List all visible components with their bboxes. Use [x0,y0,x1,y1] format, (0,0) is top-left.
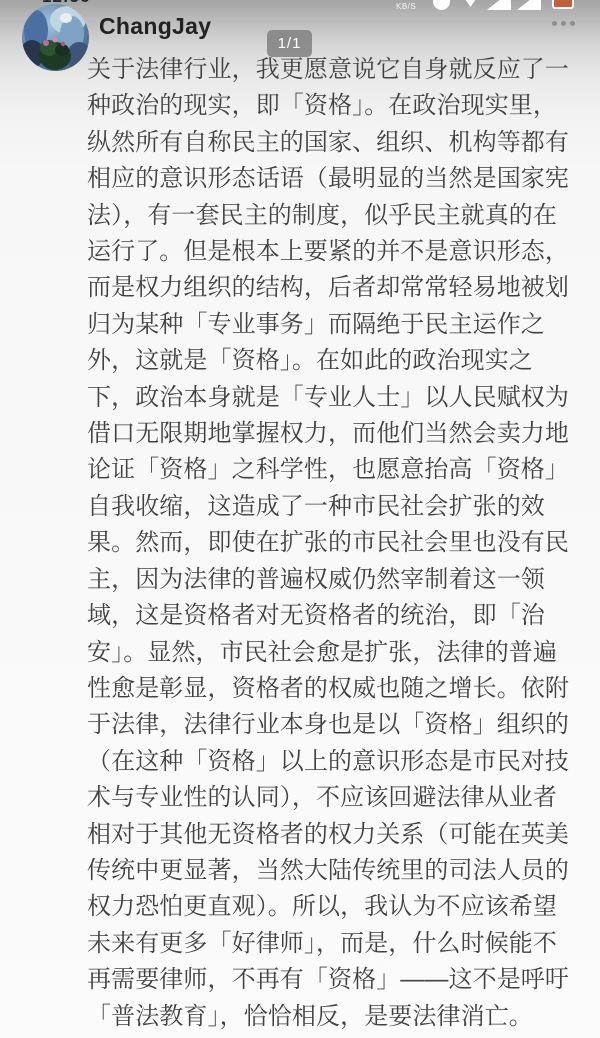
post-text-line: 自我收缩，这造成了一种市民社会扩张的效 [87,489,579,525]
post-text-line: 域，这是资格者对无资格者的统治，即「治 [87,598,579,634]
post-text-line: 于法律，法律行业本身也是以「资格」组织的 [87,707,579,743]
avatar[interactable] [22,4,89,71]
post-text-line: 下，政治本身就是「专业人士」以人民赋权为 [87,380,579,416]
post-text-line: 安」。显然，市民社会愈是扩张，法律的普遍 [87,635,579,671]
post-text-line: 术与专业性的认同），不应该回避法律从业者 [87,780,579,816]
post-text-line: 权力恐怕更直观）。所以，我认为不应该希望 [87,889,579,925]
more-options-button[interactable] [552,21,575,26]
dot-icon [570,21,575,26]
battery-icon [552,0,574,9]
post-text-line: 纵然所有自称民主的国家、组织、机构等都有 [87,125,579,161]
status-bar: 12:56 KB/S [0,0,600,14]
post-text-line: 归为某种「专业事务」而隔绝于民主运作之 [87,307,579,343]
network-speed-label: KB/S [396,2,416,11]
post-text-line: 外，这就是「资格」。在如此的政治现实之 [87,343,579,379]
post-text-line: 关于法律行业，我更愿意说它自身就反应了一 [87,52,579,88]
post-text-line: 而是权力组织的结构，后者却常常轻易地被划 [87,270,579,306]
notification-dot-icon [433,0,450,10]
post-text-line: 运行了。但是根本上要紧的并不是意识形态， [87,234,579,270]
post-text-line: 果。然而，即使在扩张的市民社会里也没有民 [87,525,579,561]
signal-strength-icon [487,0,511,10]
post-text: 关于法律行业，我更愿意说它自身就反应了一种政治的现实，即「资格」。在政治现实里，… [87,52,579,1035]
post-text-line: 「普法教育」，恰恰相反，是要法律消亡。 [87,999,579,1035]
post-text-line: 论证「资格」之科学性，也愿意抬高「资格」 [87,452,579,488]
post-text-line: 相对于其他无资格者的权力关系（可能在英美 [87,817,579,853]
post-text-line: 传统中更显著，当然大陆传统里的司法人员的 [87,853,579,889]
dot-icon [561,21,566,26]
post-text-line: 未来有更多「好律师」，而是，什么时候能不 [87,926,579,962]
post-text-line: 性愈是彰显，资格者的权威也随之增长。依附 [87,671,579,707]
post-text-line: 种政治的现实，即「资格」。在政治现实里， [87,88,579,124]
post-text-line: 再需要律师，不再有「资格」——这不是呼吁 [87,962,579,998]
post-text-line: 主，因为法律的普遍权威仍然宰制着这一领 [87,562,579,598]
signal-strength-icon-2 [517,0,541,10]
avatar-painting [22,4,89,71]
post-text-line: （在这种「资格」以上的意识形态是市民对技 [87,744,579,780]
post-text-line: 法），有一套民主的制度，似乎民主就真的在 [87,198,579,234]
wifi-icon [463,0,478,7]
post-text-line: 相应的意识形态话语（最明显的当然是国家宪 [87,161,579,197]
page-indicator-badge: 1/1 [267,30,312,57]
image-viewer-screen: { "status_bar": { "time": "12:56", "netw… [0,0,600,1038]
status-time: 12:56 [42,0,106,7]
post-text-line: 借口无限期地掌握权力，而他们当然会卖力地 [87,416,579,452]
username[interactable]: ChangJay [99,13,211,40]
dot-icon [552,21,557,26]
